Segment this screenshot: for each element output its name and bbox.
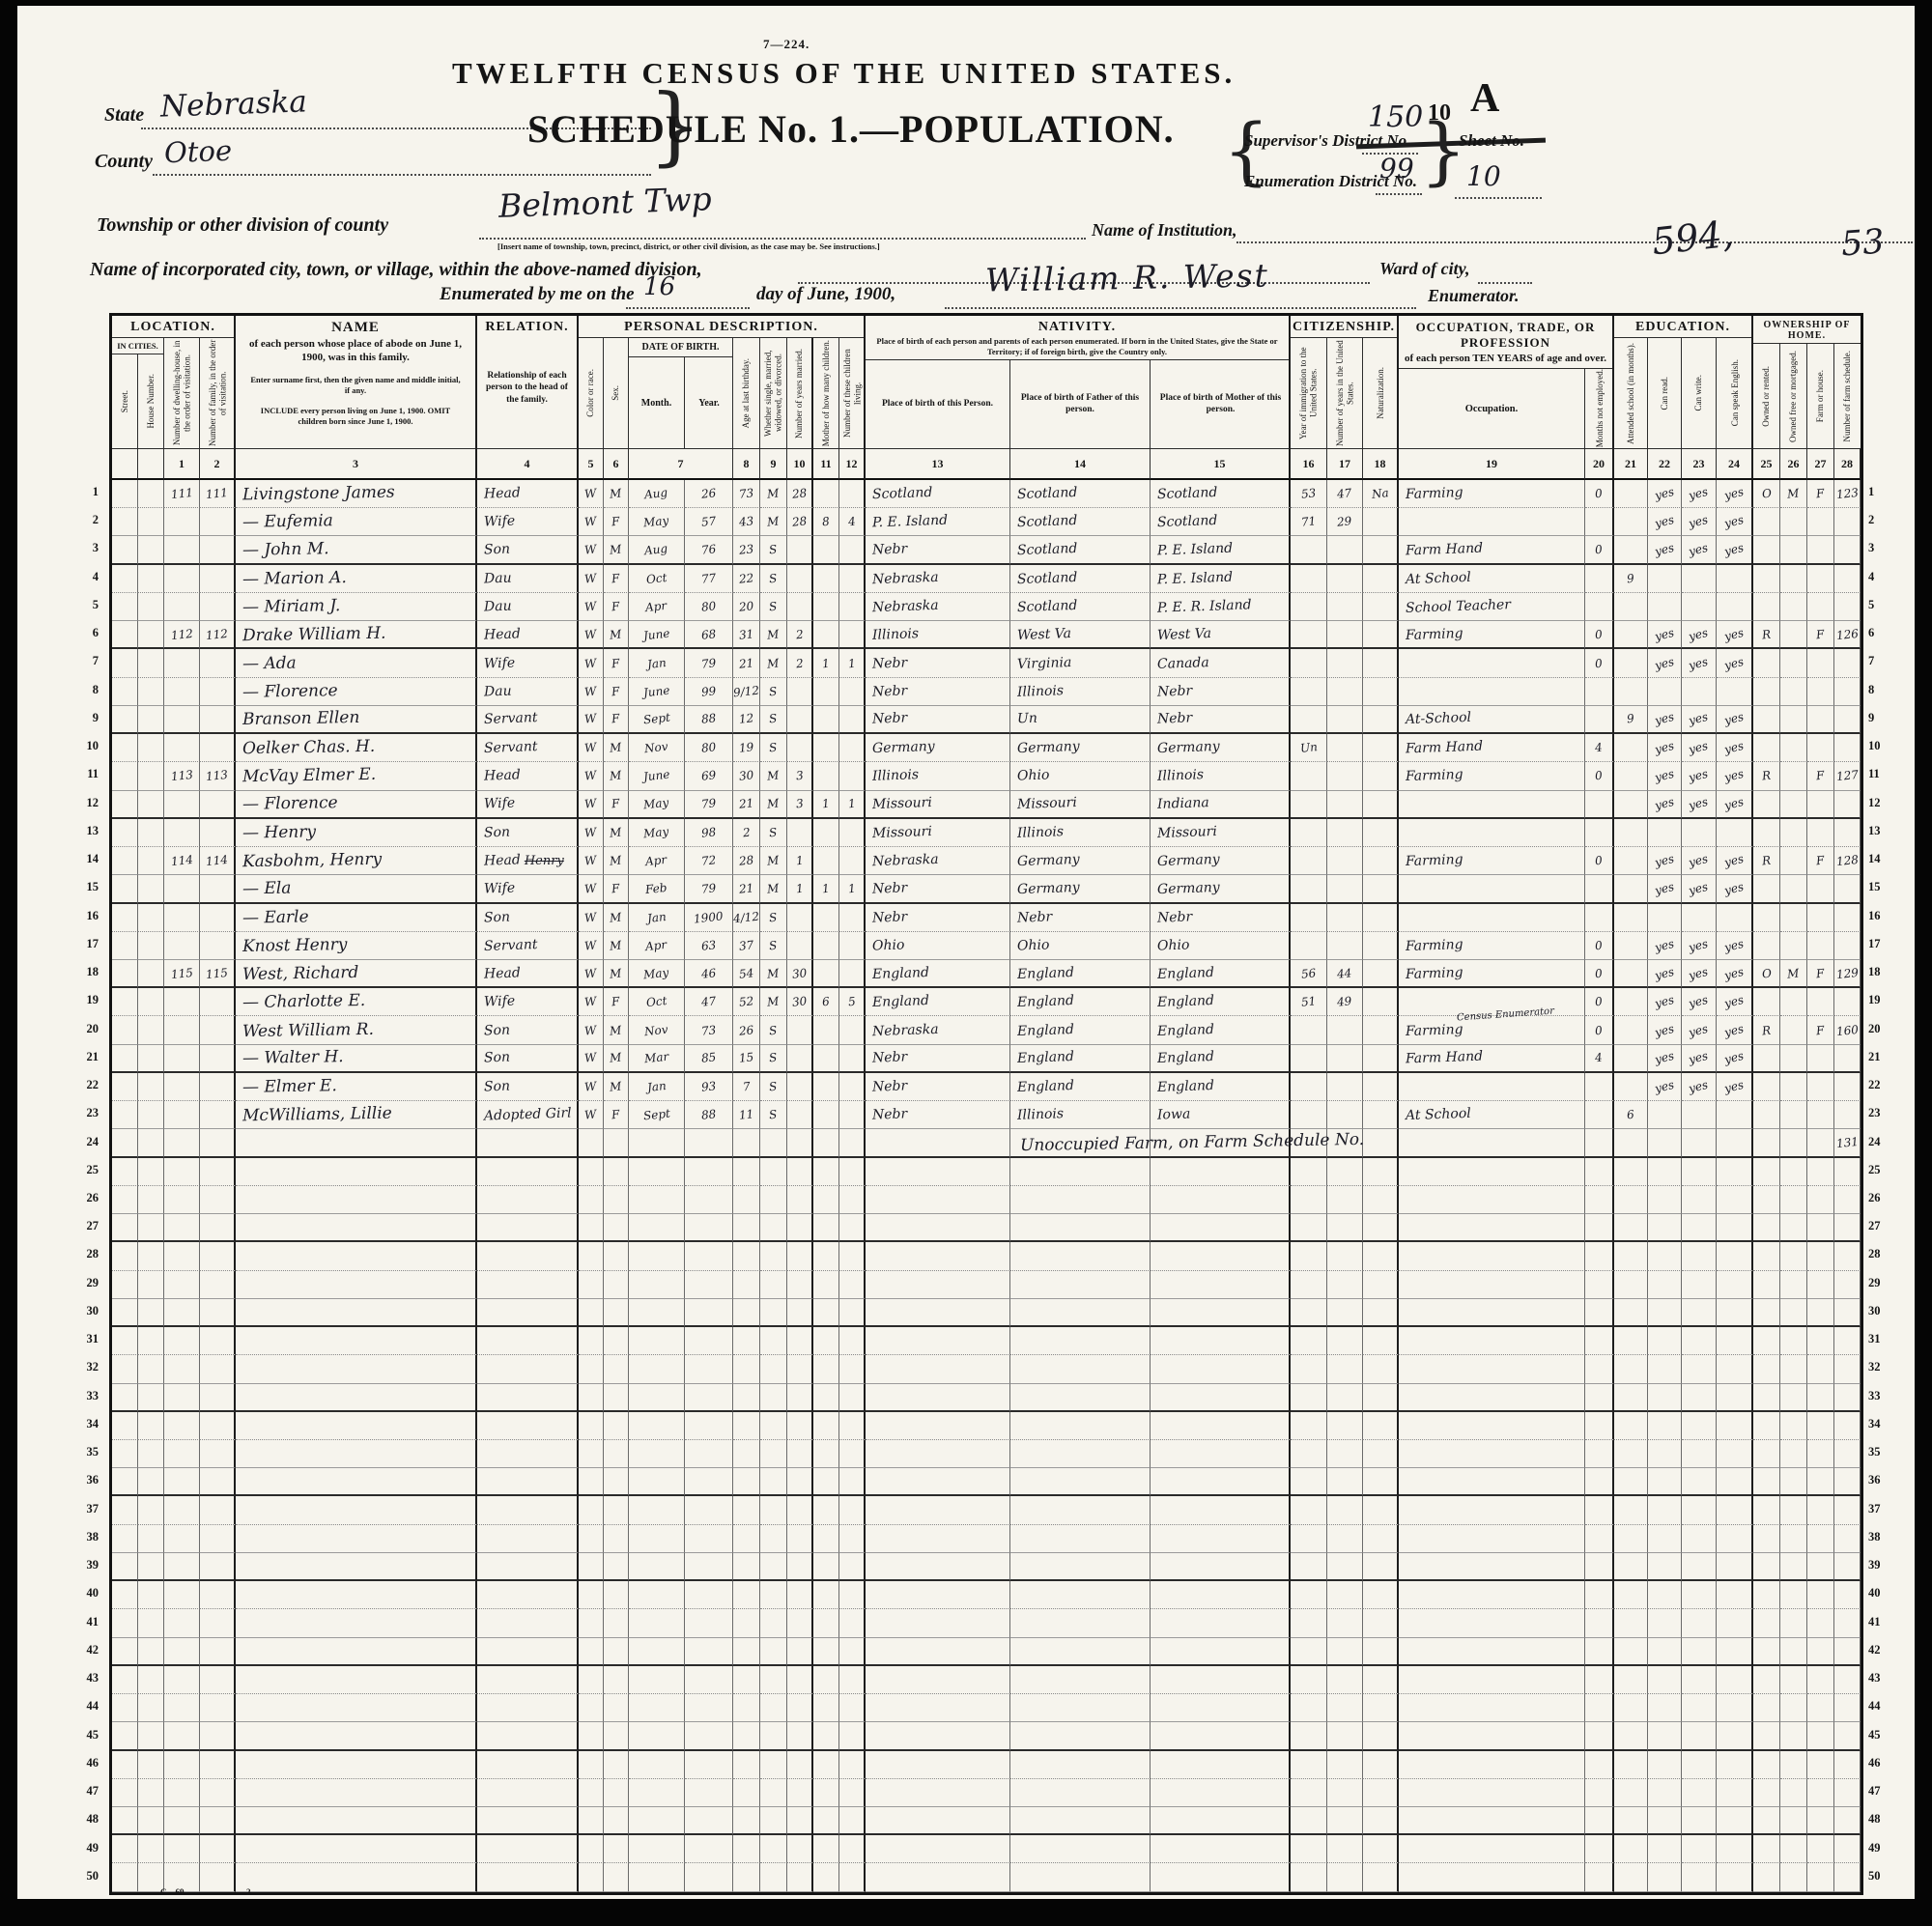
cell-occ-row-38	[1399, 1525, 1585, 1553]
cell-yus-row-9	[1327, 706, 1363, 734]
cell-pob-row-46	[866, 1751, 1010, 1779]
cell-mar-row-48	[760, 1807, 787, 1835]
right-margin-row-number: 32	[1868, 1360, 1893, 1374]
cell-pf-row-46	[1010, 1751, 1151, 1779]
cell-pob-row-28	[866, 1242, 1010, 1270]
cell-mort-row-4	[1780, 565, 1807, 593]
cell-nat-row-28	[1363, 1242, 1399, 1270]
cell-rd-row-49	[1648, 1835, 1682, 1863]
cell-pm-row-50	[1151, 1863, 1291, 1891]
cell-name-row-15: — Ela	[236, 875, 477, 903]
cell-fam-row-43	[200, 1666, 236, 1694]
cell-occ-row-41	[1399, 1609, 1585, 1637]
cell-col-row-13: W	[579, 819, 604, 847]
cell-st-row-10	[112, 734, 138, 762]
cell-fam-row-41	[200, 1609, 236, 1637]
cell-rd-row-15: yes	[1648, 875, 1682, 903]
cell-occ-row-34	[1399, 1412, 1585, 1440]
cell-yus-row-43	[1327, 1666, 1363, 1694]
cell-imm-row-19: 51	[1291, 988, 1327, 1016]
cell-sch-row-36	[1614, 1468, 1648, 1496]
cell-nat-row-12	[1363, 791, 1399, 819]
cell-mort-row-19	[1780, 988, 1807, 1016]
cell-mne-row-2	[1585, 508, 1614, 536]
cell-mort-row-34	[1780, 1412, 1807, 1440]
cell-en-row-25	[1717, 1158, 1753, 1186]
cell-mlv-row-32	[839, 1355, 866, 1383]
cell-wr-row-32	[1682, 1355, 1717, 1383]
cell-sch-row-20	[1614, 1016, 1648, 1044]
cell-nat-row-19	[1363, 988, 1399, 1016]
cell-en-row-5	[1717, 593, 1753, 621]
cell-age-row-43	[733, 1666, 760, 1694]
left-margin-row-number: 48	[73, 1812, 99, 1827]
cell-pf-row-43	[1010, 1666, 1151, 1694]
county-label: County	[95, 151, 153, 173]
cell-mo-row-28	[629, 1242, 685, 1270]
cell-col-row-33	[579, 1384, 604, 1412]
cell-en-row-44	[1717, 1694, 1753, 1722]
cell-sch-row-30	[1614, 1299, 1648, 1327]
institution-line	[1236, 241, 1913, 243]
cell-mlv-row-29	[839, 1271, 866, 1299]
cell-pf-row-4: Scotland	[1010, 565, 1151, 593]
cell-mo-row-1: Aug	[629, 480, 685, 508]
cell-mo-row-23: Sept	[629, 1101, 685, 1129]
column-number: 26	[1780, 448, 1807, 480]
cell-rd-row-6: yes	[1648, 621, 1682, 649]
cell-age-row-15: 21	[733, 875, 760, 903]
cell-fam-row-37	[200, 1496, 236, 1524]
cell-wr-row-34	[1682, 1412, 1717, 1440]
left-margin-row-number: 21	[73, 1050, 99, 1064]
left-margin-row-number: 7	[73, 654, 99, 668]
cell-rel-row-20: Son	[477, 1016, 579, 1044]
cell-rd-row-31	[1648, 1327, 1682, 1355]
right-margin-row-number: 38	[1868, 1530, 1893, 1544]
group-location: LOCATION. IN CITIES. Street. House Numbe…	[112, 316, 236, 448]
cell-ym-row-20	[787, 1016, 813, 1044]
cell-ym-row-42	[787, 1638, 813, 1666]
cell-rd-row-29	[1648, 1271, 1682, 1299]
cell-own-row-35	[1753, 1440, 1780, 1468]
cell-pm-row-15: Germany	[1151, 875, 1291, 903]
cell-mort-row-30	[1780, 1299, 1807, 1327]
cell-imm-row-3	[1291, 536, 1327, 564]
cell-ym-row-45	[787, 1722, 813, 1750]
cell-hn-row-46	[138, 1751, 164, 1779]
cell-rd-row-40	[1648, 1581, 1682, 1609]
cell-hn-row-5	[138, 593, 164, 621]
cell-rd-row-38	[1648, 1525, 1682, 1553]
cell-name-row-38	[236, 1525, 477, 1553]
cell-hn-row-24	[138, 1129, 164, 1157]
cell-mo-row-36	[629, 1468, 685, 1496]
cell-mort-row-33	[1780, 1384, 1807, 1412]
cell-st-row-41	[112, 1609, 138, 1637]
cell-st-row-22	[112, 1073, 138, 1101]
cell-imm-row-31	[1291, 1327, 1327, 1355]
cell-sched-row-4	[1834, 565, 1861, 593]
right-margin-row-number: 21	[1868, 1050, 1893, 1064]
schedule-title: SCHEDULE No. 1.—POPULATION.	[527, 106, 1175, 152]
cell-sched-row-39	[1834, 1553, 1861, 1581]
cell-rd-row-13	[1648, 819, 1682, 847]
column-number: 13	[866, 448, 1010, 480]
cell-mort-row-28	[1780, 1242, 1807, 1270]
cell-imm-row-39	[1291, 1553, 1327, 1581]
cell-occ-row-7	[1399, 649, 1585, 677]
cell-pm-row-43	[1151, 1666, 1291, 1694]
cell-fam-row-31	[200, 1327, 236, 1355]
cell-yus-row-13	[1327, 819, 1363, 847]
cell-fh-row-43	[1807, 1666, 1834, 1694]
cell-sex-row-5: F	[604, 593, 629, 621]
column-number: 14	[1010, 448, 1151, 480]
cell-wr-row-2: yes	[1682, 508, 1717, 536]
cell-yus-row-46	[1327, 1751, 1363, 1779]
cell-col-row-43	[579, 1666, 604, 1694]
cell-dw-row-46	[164, 1751, 200, 1779]
cell-en-row-37	[1717, 1496, 1753, 1524]
cell-mlv-row-14	[839, 847, 866, 875]
cell-fam-row-8	[200, 678, 236, 706]
cell-hn-row-47	[138, 1779, 164, 1807]
cell-mch-row-19: 6	[813, 988, 839, 1016]
cell-rel-row-19: Wife	[477, 988, 579, 1016]
margin-annotation-594: 594,	[1650, 212, 1736, 264]
cell-rel-row-43	[477, 1666, 579, 1694]
cell-pob-row-49	[866, 1835, 1010, 1863]
cell-en-row-7: yes	[1717, 649, 1753, 677]
cell-mch-row-25	[813, 1158, 839, 1186]
cell-fam-row-30	[200, 1299, 236, 1327]
cell-mlv-row-31	[839, 1327, 866, 1355]
cell-rd-row-7: yes	[1648, 649, 1682, 677]
cell-sex-row-26	[604, 1186, 629, 1214]
left-margin-row-number: 6	[73, 626, 99, 640]
enumerated-label: Enumerated by me on the	[440, 284, 635, 305]
cell-own-row-33	[1753, 1384, 1780, 1412]
cell-sex-row-23: F	[604, 1101, 629, 1129]
cell-pf-row-8: Illinois	[1010, 678, 1151, 706]
cell-mne-row-19: 0	[1585, 988, 1614, 1016]
cell-rel-row-1: Head	[477, 480, 579, 508]
left-margin-row-number: 26	[73, 1191, 99, 1205]
cell-mne-row-45	[1585, 1722, 1614, 1750]
cell-mo-row-22: Jan	[629, 1073, 685, 1101]
cell-dw-row-42	[164, 1638, 200, 1666]
cell-mort-row-26	[1780, 1186, 1807, 1214]
city-label: Name of incorporated city, town, or vill…	[90, 259, 702, 281]
right-margin-row-number: 25	[1868, 1163, 1893, 1177]
cell-age-row-35	[733, 1440, 760, 1468]
cell-mne-row-18: 0	[1585, 960, 1614, 988]
cell-pm-row-36	[1151, 1468, 1291, 1496]
cell-occ-row-37	[1399, 1496, 1585, 1524]
right-margin-row-number: 49	[1868, 1841, 1893, 1855]
cell-mne-row-8	[1585, 678, 1614, 706]
cell-mlv-row-34	[839, 1412, 866, 1440]
cell-pm-row-32	[1151, 1355, 1291, 1383]
cell-wr-row-46	[1682, 1751, 1717, 1779]
cell-wr-row-9: yes	[1682, 706, 1717, 734]
group-personal: PERSONAL DESCRIPTION. Color or race. Sex…	[579, 316, 866, 448]
cell-hn-row-44	[138, 1694, 164, 1722]
cell-pob-row-26	[866, 1186, 1010, 1214]
cell-col-row-4: W	[579, 565, 604, 593]
cell-mar-row-4: S	[760, 565, 787, 593]
cell-fh-row-25	[1807, 1158, 1834, 1186]
cell-sched-row-15	[1834, 875, 1861, 903]
cell-pf-row-2: Scotland	[1010, 508, 1151, 536]
cell-name-row-12: — Florence	[236, 791, 477, 819]
cell-mne-row-17: 0	[1585, 932, 1614, 960]
cell-rd-row-28	[1648, 1242, 1682, 1270]
cell-hn-row-27	[138, 1214, 164, 1242]
cell-mne-row-48	[1585, 1807, 1614, 1835]
cell-imm-row-26	[1291, 1186, 1327, 1214]
cell-fh-row-45	[1807, 1722, 1834, 1750]
cell-mar-row-10: S	[760, 734, 787, 762]
left-margin-row-number: 38	[73, 1530, 99, 1544]
cell-wr-row-38	[1682, 1525, 1717, 1553]
cell-fh-row-40	[1807, 1581, 1834, 1609]
cell-name-row-18: West, Richard	[236, 960, 477, 988]
cell-mne-row-23	[1585, 1101, 1614, 1129]
cell-dw-row-12	[164, 791, 200, 819]
cell-mch-row-14	[813, 847, 839, 875]
cell-mo-row-9: Sept	[629, 706, 685, 734]
cell-pm-row-45	[1151, 1722, 1291, 1750]
cell-mlv-row-26	[839, 1186, 866, 1214]
cell-own-row-15	[1753, 875, 1780, 903]
cell-sch-row-42	[1614, 1638, 1648, 1666]
cell-mo-row-15: Feb	[629, 875, 685, 903]
dob-label: DATE OF BIRTH.	[629, 338, 732, 357]
cell-age-row-18: 54	[733, 960, 760, 988]
cell-pf-row-11: Ohio	[1010, 762, 1151, 790]
cell-imm-row-44	[1291, 1694, 1327, 1722]
cell-pob-row-9: Nebr	[866, 706, 1010, 734]
cell-sch-row-43	[1614, 1666, 1648, 1694]
cell-name-row-33	[236, 1384, 477, 1412]
cell-mar-row-46	[760, 1751, 787, 1779]
cell-dw-row-1: 111	[164, 480, 200, 508]
census-page: 7—224. TWELFTH CENSUS OF THE UNITED STAT…	[17, 6, 1915, 1899]
cell-fh-row-29	[1807, 1271, 1834, 1299]
cell-occ-row-30	[1399, 1299, 1585, 1327]
cell-hn-row-17	[138, 932, 164, 960]
cell-yus-row-7	[1327, 649, 1363, 677]
cell-sched-row-19	[1834, 988, 1861, 1016]
cell-name-row-21: — Walter H.	[236, 1045, 477, 1073]
cell-sch-row-16	[1614, 904, 1648, 932]
cell-pm-row-41	[1151, 1609, 1291, 1637]
cell-hn-row-25	[138, 1158, 164, 1186]
cell-mne-row-46	[1585, 1751, 1614, 1779]
cell-age-row-38	[733, 1525, 760, 1553]
cell-occ-row-13	[1399, 819, 1585, 847]
cell-occ-row-12	[1399, 791, 1585, 819]
cell-mne-row-34	[1585, 1412, 1614, 1440]
cell-hn-row-4	[138, 565, 164, 593]
cell-fam-row-7	[200, 649, 236, 677]
cell-yus-row-45	[1327, 1722, 1363, 1750]
cell-ym-row-28	[787, 1242, 813, 1270]
cell-mlv-row-41	[839, 1609, 866, 1637]
cell-sched-row-24: 131	[1834, 1129, 1861, 1157]
cell-hn-row-3	[138, 536, 164, 564]
cell-mch-row-2: 8	[813, 508, 839, 536]
cell-imm-row-49	[1291, 1835, 1327, 1863]
cell-occ-row-1: Farming	[1399, 480, 1585, 508]
cell-ym-row-15: 1	[787, 875, 813, 903]
cell-fh-row-49	[1807, 1835, 1834, 1863]
cell-en-row-31	[1717, 1327, 1753, 1355]
right-margin-row-number: 40	[1868, 1586, 1893, 1600]
group-ownership: OWNERSHIP OF HOME. Owned or rented. Owne…	[1753, 316, 1861, 448]
cell-pob-row-50	[866, 1863, 1010, 1891]
left-margin-row-number: 36	[73, 1473, 99, 1487]
cell-sched-row-29	[1834, 1271, 1861, 1299]
cell-sch-row-13	[1614, 819, 1648, 847]
cell-nat-row-41	[1363, 1609, 1399, 1637]
right-margin-row-number: 14	[1868, 852, 1893, 866]
cell-nat-row-32	[1363, 1355, 1399, 1383]
cell-occ-row-27	[1399, 1214, 1585, 1242]
cell-age-row-12: 21	[733, 791, 760, 819]
cell-rd-row-8	[1648, 678, 1682, 706]
cell-yus-row-20	[1327, 1016, 1363, 1044]
col-year-label: Year.	[685, 357, 733, 448]
cell-rel-row-33	[477, 1384, 579, 1412]
cell-en-row-50	[1717, 1863, 1753, 1891]
col-month-label: Month.	[629, 357, 685, 448]
cell-fam-row-49	[200, 1835, 236, 1863]
cell-mne-row-26	[1585, 1186, 1614, 1214]
cell-en-row-18: yes	[1717, 960, 1753, 988]
cell-mch-row-46	[813, 1751, 839, 1779]
cell-mar-row-16: S	[760, 904, 787, 932]
cell-occ-row-36	[1399, 1468, 1585, 1496]
left-margin-row-number: 30	[73, 1304, 99, 1318]
cell-pm-row-25	[1151, 1158, 1291, 1186]
col-immigration-year-label: Year of immigration to the United States…	[1298, 338, 1319, 448]
right-margin-row-number: 31	[1868, 1332, 1893, 1346]
cell-mne-row-24	[1585, 1129, 1614, 1157]
cell-imm-row-28	[1291, 1242, 1327, 1270]
cell-age-row-32	[733, 1355, 760, 1383]
cell-dw-row-33	[164, 1384, 200, 1412]
cell-pf-row-41	[1010, 1609, 1151, 1637]
cell-mort-row-13	[1780, 819, 1807, 847]
cell-own-row-43	[1753, 1666, 1780, 1694]
cell-mar-row-45	[760, 1722, 787, 1750]
left-margin-row-number: 49	[73, 1841, 99, 1855]
cell-occ-row-3: Farm Hand	[1399, 536, 1585, 564]
cell-mort-row-3	[1780, 536, 1807, 564]
cell-mlv-row-15: 1	[839, 875, 866, 903]
cell-nat-row-11	[1363, 762, 1399, 790]
cell-nat-row-17	[1363, 932, 1399, 960]
cell-sch-row-28	[1614, 1242, 1648, 1270]
column-number: 20	[1585, 448, 1614, 480]
cell-own-row-16	[1753, 904, 1780, 932]
cell-mar-row-26	[760, 1186, 787, 1214]
cell-nat-row-49	[1363, 1835, 1399, 1863]
cell-en-row-21: yes	[1717, 1045, 1753, 1073]
cell-mch-row-27	[813, 1214, 839, 1242]
cell-rel-row-48	[477, 1807, 579, 1835]
cell-fam-row-12	[200, 791, 236, 819]
cell-hn-row-30	[138, 1299, 164, 1327]
column-number	[112, 448, 138, 480]
cell-pob-row-48	[866, 1807, 1010, 1835]
column-number: 10	[787, 448, 813, 480]
cell-yr-row-49	[685, 1835, 733, 1863]
cell-sex-row-37	[604, 1496, 629, 1524]
cell-sex-row-48	[604, 1807, 629, 1835]
cell-yus-row-28	[1327, 1242, 1363, 1270]
cell-st-row-48	[112, 1807, 138, 1835]
right-margin-row-number: 24	[1868, 1135, 1893, 1149]
cell-yus-row-49	[1327, 1835, 1363, 1863]
cell-mlv-row-16	[839, 904, 866, 932]
cell-rel-row-50	[477, 1863, 579, 1891]
col-mother-of-label: Mother of how many children.	[821, 340, 831, 446]
left-margin-row-number: 29	[73, 1276, 99, 1290]
cell-dw-row-21	[164, 1045, 200, 1073]
cell-sex-row-31	[604, 1327, 629, 1355]
col-sex-label: Sex.	[611, 385, 620, 401]
enumerator-label: Enumerator.	[1428, 286, 1520, 306]
cell-name-row-40	[236, 1581, 477, 1609]
cell-nat-row-35	[1363, 1440, 1399, 1468]
cell-wr-row-14: yes	[1682, 847, 1717, 875]
cell-mch-row-11	[813, 762, 839, 790]
cell-mlv-row-49	[839, 1835, 866, 1863]
cell-age-row-11: 30	[733, 762, 760, 790]
right-margin-row-number: 50	[1868, 1869, 1893, 1884]
cell-imm-row-25	[1291, 1158, 1327, 1186]
cell-ym-row-26	[787, 1186, 813, 1214]
cell-imm-row-13	[1291, 819, 1327, 847]
cell-st-row-7	[112, 649, 138, 677]
cell-fh-row-18: F	[1807, 960, 1834, 988]
cell-fh-row-22	[1807, 1073, 1834, 1101]
left-margin-row-number: 41	[73, 1615, 99, 1629]
cell-st-row-3	[112, 536, 138, 564]
right-margin-row-number: 45	[1868, 1728, 1893, 1742]
right-margin-row-number: 34	[1868, 1417, 1893, 1431]
col-dwelling-label: Number of dwelling-house, in the order o…	[172, 338, 192, 448]
cell-en-row-38	[1717, 1525, 1753, 1553]
cell-wr-row-36	[1682, 1468, 1717, 1496]
cell-mo-row-10: Nov	[629, 734, 685, 762]
cell-sched-row-27	[1834, 1214, 1861, 1242]
cell-col-row-21: W	[579, 1045, 604, 1073]
cell-nat-row-45	[1363, 1722, 1399, 1750]
cell-rd-row-50	[1648, 1863, 1682, 1891]
cell-sex-row-49	[604, 1835, 629, 1863]
cell-pf-row-22: England	[1010, 1073, 1151, 1101]
cell-dw-row-14: 114	[164, 847, 200, 875]
cell-age-row-20: 26	[733, 1016, 760, 1044]
cell-en-row-33	[1717, 1384, 1753, 1412]
cell-age-row-28	[733, 1242, 760, 1270]
cell-yr-row-8: 99	[685, 678, 733, 706]
